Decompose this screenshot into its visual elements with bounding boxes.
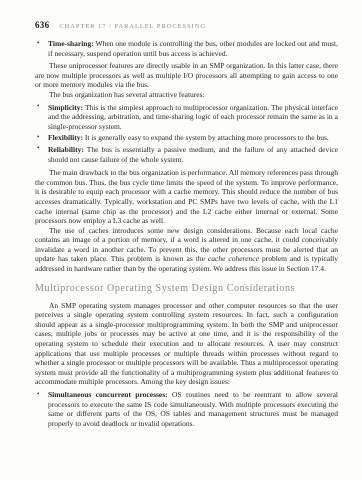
chapter-running-head: CHAPTER 17 / PARALLEL PROCESSING: [59, 23, 206, 30]
bullet-term: Flexibility:: [48, 133, 83, 142]
italic-phrase: cache coherence: [208, 254, 259, 263]
text-column: • Time-sharing: When one module is contr…: [35, 39, 338, 428]
bullet-icon: •: [37, 39, 39, 49]
paragraph-bus-features: The bus organization has several attract…: [35, 90, 338, 100]
intro-bullet-list: • Time-sharing: When one module is contr…: [35, 39, 338, 58]
bullet-icon: •: [37, 144, 39, 154]
list-item: • Time-sharing: When one module is contr…: [35, 39, 338, 58]
page-number: 636: [35, 20, 49, 30]
bullet-text: It is generally easy to expand the syste…: [85, 133, 329, 142]
paragraph-uniprocessor: These uniprocessor features are directly…: [35, 61, 338, 90]
bullet-text: This is the simplest approach to multipr…: [48, 103, 338, 131]
list-item: • Reliability: The bus is essentially a …: [35, 145, 338, 164]
section-heading: Multiprocessor Operating System Design C…: [35, 283, 338, 295]
bullet-text: The bus is essentially a passive medium,…: [48, 145, 338, 164]
bullet-term: Simultaneous concurrent processes:: [48, 390, 168, 399]
book-page: 636 CHAPTER 17 / PARALLEL PROCESSING • T…: [0, 0, 362, 480]
paragraph-smp-os: An SMP operating system manages processo…: [35, 301, 338, 387]
bullet-icon: •: [37, 133, 39, 143]
bullet-term: Simplicity:: [48, 103, 83, 112]
list-item: • Simultaneous concurrent processes: OS …: [35, 390, 338, 428]
bullet-icon: •: [37, 102, 39, 112]
list-item: • Simplicity: This is the simplest appro…: [35, 103, 338, 132]
design-bullet-list: • Simultaneous concurrent processes: OS …: [35, 390, 338, 428]
page-header: 636 CHAPTER 17 / PARALLEL PROCESSING: [35, 20, 338, 30]
feature-bullet-list: • Simplicity: This is the simplest appro…: [35, 103, 338, 165]
paragraph-drawback: The main drawback to the bus organizatio…: [35, 168, 338, 226]
bullet-term: Reliability:: [48, 145, 84, 154]
bullet-term: Time-sharing:: [48, 39, 94, 48]
paragraph-cache-coherence: The use of caches introduces some new de…: [35, 226, 338, 274]
list-item: • Flexibility: It is generally easy to e…: [35, 133, 338, 143]
bullet-icon: •: [37, 390, 39, 400]
